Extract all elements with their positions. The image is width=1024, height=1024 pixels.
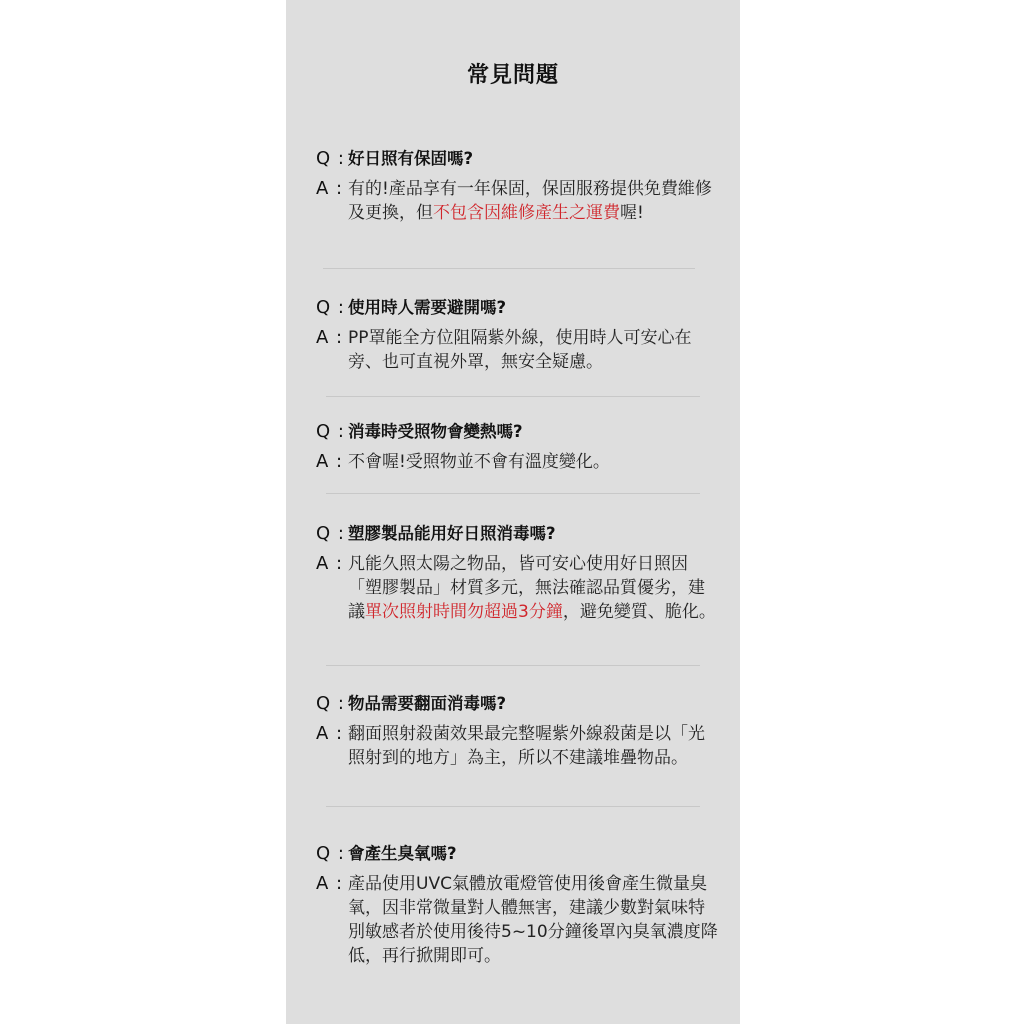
question-row: Q : 會產生臭氧嗎? [316, 842, 726, 866]
answer-text: 翻面照射殺菌效果最完整喔紫外線殺菌是以「光照射到的地方」為主，所以不建議堆疊物品… [348, 722, 718, 770]
answer-segment: 產品使用UVC氣體放電燈管使用後會產生微量臭氧，因非常微量對人體無害，建議少數對… [348, 874, 718, 966]
faq-panel: 常見問題 Q : 好日照有保固嗎? A : 有的!產品享有一年保固，保固服務提供… [286, 0, 740, 1024]
answer-segment: PP罩能全方位阻隔紫外線，使用時人可安心在旁、也可直視外罩，無安全疑慮。 [348, 328, 692, 372]
answer-text: 凡能久照太陽之物品，皆可安心使用好日照因「塑膠製品」材質多元，無法確認品質優劣，… [348, 552, 718, 624]
q-label: Q : [316, 522, 348, 546]
answer-row: A : 有的!產品享有一年保固，保固服務提供免費維修及更換，但不包含因維修產生之… [316, 177, 726, 225]
question-row: Q : 塑膠製品能用好日照消毒嗎? [316, 522, 726, 546]
a-label: A : [316, 722, 348, 746]
question-row: Q : 物品需要翻面消毒嗎? [316, 692, 726, 716]
answer-segment: ，避免變質、脆化。 [563, 602, 716, 622]
faq-item-ozone: Q : 會產生臭氧嗎? A : 產品使用UVC氣體放電燈管使用後會產生微量臭氧，… [316, 842, 726, 968]
page-title: 常見問題 [286, 58, 740, 89]
answer-highlight: 不包含因維修產生之運費 [433, 203, 620, 223]
faq-item-plastic: Q : 塑膠製品能用好日照消毒嗎? A : 凡能久照太陽之物品，皆可安心使用好日… [316, 522, 726, 624]
answer-row: A : 凡能久照太陽之物品，皆可安心使用好日照因「塑膠製品」材質多元，無法確認品… [316, 552, 726, 624]
faq-item-avoid-use: Q : 使用時人需要避開嗎? A : PP罩能全方位阻隔紫外線，使用時人可安心在… [316, 296, 726, 374]
answer-segment: 喔! [620, 203, 644, 223]
faq-item-heat: Q : 消毒時受照物會變熱嗎? A : 不會喔!受照物並不會有溫度變化。 [316, 420, 726, 474]
question-row: Q : 好日照有保固嗎? [316, 147, 726, 171]
answer-highlight: 單次照射時間勿超過3分鐘 [365, 602, 563, 622]
divider [326, 806, 700, 807]
question-text: 好日照有保固嗎? [348, 147, 473, 171]
a-label: A : [316, 326, 348, 350]
q-label: Q : [316, 842, 348, 866]
divider [323, 268, 695, 269]
divider [326, 396, 700, 397]
answer-row: A : 翻面照射殺菌效果最完整喔紫外線殺菌是以「光照射到的地方」為主，所以不建議… [316, 722, 726, 770]
answer-text: 產品使用UVC氣體放電燈管使用後會產生微量臭氧，因非常微量對人體無害，建議少數對… [348, 872, 718, 968]
q-label: Q : [316, 296, 348, 320]
answer-segment: 不會喔!受照物並不會有溫度變化。 [348, 452, 610, 472]
answer-row: A : 不會喔!受照物並不會有溫度變化。 [316, 450, 726, 474]
answer-text: PP罩能全方位阻隔紫外線，使用時人可安心在旁、也可直視外罩，無安全疑慮。 [348, 326, 718, 374]
question-row: Q : 使用時人需要避開嗎? [316, 296, 726, 320]
question-text: 物品需要翻面消毒嗎? [348, 692, 506, 716]
q-label: Q : [316, 420, 348, 444]
question-text: 使用時人需要避開嗎? [348, 296, 506, 320]
q-label: Q : [316, 147, 348, 171]
question-text: 會產生臭氧嗎? [348, 842, 457, 866]
answer-row: A : 產品使用UVC氣體放電燈管使用後會產生微量臭氧，因非常微量對人體無害，建… [316, 872, 726, 968]
answer-segment: 翻面照射殺菌效果最完整喔紫外線殺菌是以「光照射到的地方」為主，所以不建議堆疊物品… [348, 724, 705, 768]
a-label: A : [316, 450, 348, 474]
q-label: Q : [316, 692, 348, 716]
a-label: A : [316, 872, 348, 896]
question-row: Q : 消毒時受照物會變熱嗎? [316, 420, 726, 444]
a-label: A : [316, 552, 348, 576]
a-label: A : [316, 177, 348, 201]
question-text: 消毒時受照物會變熱嗎? [348, 420, 523, 444]
divider [326, 493, 700, 494]
faq-item-warranty: Q : 好日照有保固嗎? A : 有的!產品享有一年保固，保固服務提供免費維修及… [316, 147, 726, 225]
answer-text: 不會喔!受照物並不會有溫度變化。 [348, 450, 718, 474]
question-text: 塑膠製品能用好日照消毒嗎? [348, 522, 556, 546]
answer-row: A : PP罩能全方位阻隔紫外線，使用時人可安心在旁、也可直視外罩，無安全疑慮。 [316, 326, 726, 374]
divider [326, 665, 700, 666]
faq-item-flip: Q : 物品需要翻面消毒嗎? A : 翻面照射殺菌效果最完整喔紫外線殺菌是以「光… [316, 692, 726, 770]
answer-text: 有的!產品享有一年保固，保固服務提供免費維修及更換，但不包含因維修產生之運費喔! [348, 177, 718, 225]
